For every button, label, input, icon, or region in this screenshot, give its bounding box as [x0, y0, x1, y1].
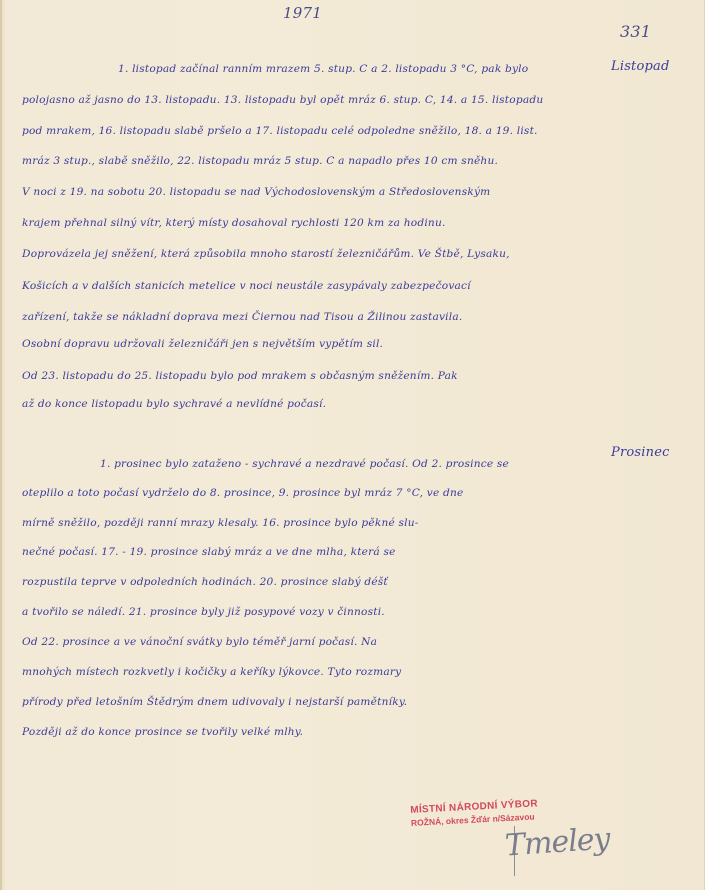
year-heading: 1971 [283, 4, 322, 22]
text-line: oteplilo a toto počasí vydrželo do 8. pr… [22, 487, 464, 499]
signature: Tmeley [504, 821, 611, 863]
text-line: a tvořilo se náledí. 21. prosince byly j… [22, 606, 385, 618]
text-line: pod mrakem, 16. listopadu slabě pršelo a… [22, 125, 538, 137]
text-line: mnohých místech rozkvetly i kočičky a ke… [22, 666, 401, 678]
text-line: mírně sněžilo, později ranní mrazy klesa… [22, 517, 419, 529]
text-line: 1. listopad začínal ranním mrazem 5. stu… [118, 63, 528, 75]
text-line: rozpustila teprve v odpoledních hodinách… [22, 576, 388, 588]
text-line: přírody před letošním Štědrým dnem udivo… [22, 696, 407, 708]
text-line: nečné počasí. 17. - 19. prosince slabý m… [22, 546, 396, 558]
text-line: Košicích a v dalších stanicích metelice … [22, 280, 471, 292]
official-stamp: MÍSTNÍ NÁRODNÍ VÝBOR ROŽNÁ, okres Žďár n… [410, 797, 539, 830]
margin-label-prosinec: Prosinec [611, 445, 670, 460]
text-line: Doprovázela jej sněžení, která způsobila… [22, 248, 510, 260]
text-line: polojasno až jasno do 13. listopadu. 13.… [22, 94, 543, 106]
chronicle-page: 1971 331 Listopad Prosinec 1. listopad z… [0, 0, 705, 890]
text-line: Později až do konce prosince se tvořily … [22, 726, 303, 738]
margin-label-listopad: Listopad [611, 59, 670, 74]
text-line: až do konce listopadu bylo sychravé a ne… [22, 398, 326, 410]
text-line: krajem přehnal silný vítr, který místy d… [22, 217, 446, 229]
page-number: 331 [620, 22, 651, 41]
text-line: Osobní dopravu udržovali železničáři jen… [22, 338, 383, 350]
text-line: mráz 3 stup., slabě sněžilo, 22. listopa… [22, 155, 498, 167]
text-line: 1. prosinec bylo zataženo - sychravé a n… [100, 458, 509, 470]
text-line: Od 22. prosince a ve vánoční svátky bylo… [22, 636, 377, 648]
text-line: V noci z 19. na sobotu 20. listopadu se … [22, 186, 490, 198]
text-line: zařízení, takže se nákladní doprava mezi… [22, 311, 462, 323]
text-line: Od 23. listopadu do 25. listopadu bylo p… [22, 370, 458, 382]
